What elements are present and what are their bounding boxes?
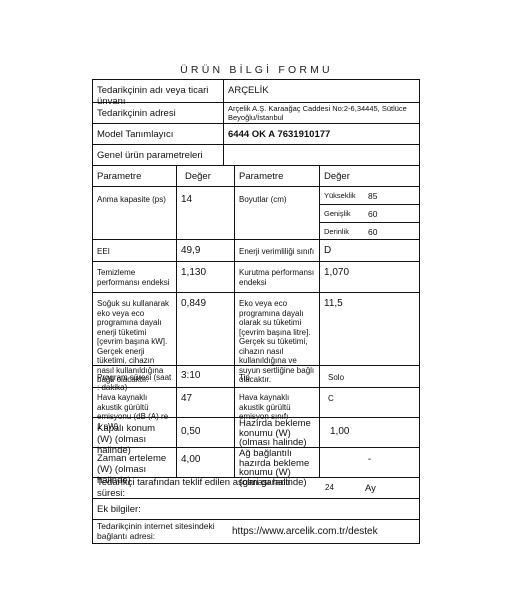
delay-start-label: Zaman erteleme (W) (olması halinde) [93, 448, 176, 477]
website-url[interactable]: https://www.arcelik.com.tr/destek [228, 524, 382, 540]
program-duration-value: 3:10 [176, 366, 234, 387]
standby-value: 1,00 [319, 418, 419, 447]
capacity-row: Anma kapasite (ps) 14 Boyutlar (cm) Yüks… [93, 186, 419, 239]
noise-class-label: Hava kaynaklı akustik gürültü emisyon sı… [234, 388, 319, 417]
water-consumption-label: Eko veya eco programına dayalı olarak su… [234, 293, 319, 365]
dim-width-label: Genişlik [320, 209, 368, 218]
warranty-label: Tedarikçi tarafından teklif edilen asgar… [93, 474, 321, 502]
consumption-row: Soğuk su kullanarak eko veya eco program… [93, 292, 419, 365]
cleaning-label: Temizleme performansı endeksi [93, 262, 176, 292]
networked-standby-value: - [319, 448, 419, 477]
dim-width: Genişlik60 [320, 204, 419, 222]
general-params-label: Genel ürün parametreleri [93, 145, 223, 165]
page-title: ÜRÜN BİLGİ FORMU [0, 64, 513, 76]
header-value-1: Değer [176, 166, 234, 186]
networked-standby-label: Ağ bağlantılı hazırda bekleme konumu (W)… [234, 448, 319, 477]
delay-start-value: 4,00 [176, 448, 234, 477]
dim-height: Yükseklik85 [320, 187, 419, 204]
noise-class-value: C [319, 388, 419, 417]
dim-width-value: 60 [368, 209, 377, 219]
supplier-name-label: Tedarikçinin adı veya ticari ünvanı [93, 80, 223, 102]
standby-label: Hazırda bekleme konumu (W) (olması halin… [234, 418, 319, 447]
capacity-value: 14 [176, 187, 234, 239]
type-label: Tip [234, 366, 319, 387]
product-info-table: Tedarikçinin adı veya ticari ünvanı ARÇE… [92, 79, 420, 544]
website-label: Tedarikçinin internet sitesindeki bağlan… [93, 519, 228, 544]
dim-height-label: Yükseklik [320, 191, 368, 200]
header-param-2: Parametre [234, 166, 319, 186]
noise-value: 47 [176, 388, 234, 417]
warranty-row: Tedarikçi tarafından teklif edilen asgar… [93, 477, 419, 498]
website-row: Tedarikçinin internet sitesindeki bağlan… [93, 519, 419, 543]
noise-label: Hava kaynaklı akustik gürültü emisyonu (… [93, 388, 176, 417]
header-row: Parametre Değer Parametre Değer [93, 165, 419, 186]
energy-consumption-value: 0,849 [176, 293, 234, 365]
type-value: Solo [319, 366, 419, 387]
capacity-label: Anma kapasite (ps) [93, 187, 176, 239]
dim-depth-label: Derinlik [320, 227, 368, 236]
dimensions-label: Boyutlar (cm) [234, 187, 319, 239]
eei-label: EEI [93, 240, 176, 261]
header-value-2: Değer [319, 166, 419, 186]
general-params-row: Genel ürün parametreleri [93, 144, 419, 165]
water-consumption-value: 11,5 [319, 293, 419, 365]
program-duration-label: Program süresi (saat : dakika) [93, 366, 176, 387]
supplier-address-value: Arçelik A.Ş. Karaağaç Caddesi No:2-6,344… [223, 103, 419, 123]
supplier-name-value: ARÇELİK [223, 80, 419, 102]
off-mode-value: 0,50 [176, 418, 234, 447]
dimensions-values: Yükseklik85 Genişlik60 Derinlik60 [319, 187, 419, 239]
general-params-empty [223, 145, 419, 165]
model-row: Model Tanımlayıcı 6444 OK A 7631910177 [93, 123, 419, 144]
supplier-address-label: Tedarikçinin adresi [93, 103, 223, 123]
dim-height-value: 85 [368, 191, 377, 201]
off-mode-label: Kapalı konum (W) (olması halinde) [93, 418, 176, 447]
dim-depth-value: 60 [368, 227, 377, 237]
extra-info-label: Ek bilgiler: [93, 499, 145, 519]
eei-row: EEI 49,9 Enerji verimliliği sınıfı D [93, 239, 419, 261]
cleaning-value: 1,130 [176, 262, 234, 292]
delay-row: Zaman erteleme (W) (olması halinde) 4,00… [93, 447, 419, 477]
supplier-address-row: Tedarikçinin adresi Arçelik A.Ş. Karaağa… [93, 102, 419, 123]
model-label: Model Tanımlayıcı [93, 124, 223, 144]
eei-value: 49,9 [176, 240, 234, 261]
drying-value: 1,070 [319, 262, 419, 292]
model-value: 6444 OK A 7631910177 [223, 124, 419, 144]
dim-depth: Derinlik60 [320, 222, 419, 240]
supplier-name-row: Tedarikçinin adı veya ticari ünvanı ARÇE… [93, 80, 419, 102]
program-row: Program süresi (saat : dakika) 3:10 Tip … [93, 365, 419, 387]
off-mode-row: Kapalı konum (W) (olması halinde) 0,50 H… [93, 417, 419, 447]
warranty-unit: Ay [361, 480, 380, 497]
energy-consumption-label: Soğuk su kullanarak eko veya eco program… [93, 293, 176, 365]
energy-class-value: D [319, 240, 419, 261]
noise-row: Hava kaynaklı akustik gürültü emisyonu (… [93, 387, 419, 417]
header-param-1: Parametre [93, 166, 176, 186]
energy-class-label: Enerji verimliliği sınıfı [234, 240, 319, 261]
drying-label: Kurutma performansı endeksi [234, 262, 319, 292]
warranty-value: 24 [321, 480, 361, 496]
performance-row: Temizleme performansı endeksi 1,130 Kuru… [93, 261, 419, 292]
